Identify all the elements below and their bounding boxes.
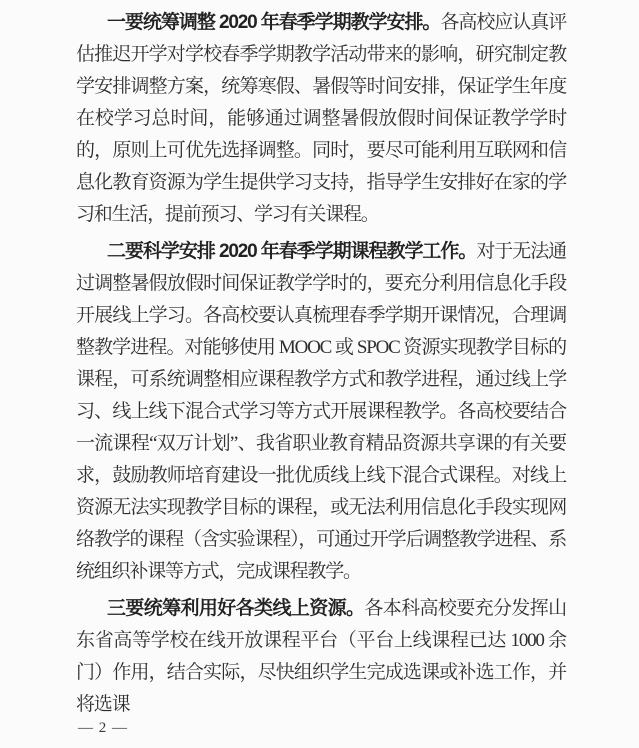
paragraph-3-lead: 三要统筹利用好各类线上资源。 bbox=[107, 598, 364, 619]
document-page: 一要统筹调整 2020 年春季学期教学安排。各高校应认真评估推迟开学对学校春季学… bbox=[0, 0, 639, 748]
page-number: — 2 — bbox=[78, 720, 128, 737]
paragraph-1-body: 各高校应认真评估推迟开学对学校春季学期教学活动带来的影响，研究制定教学安排调整方… bbox=[76, 12, 566, 225]
paragraph-3: 三要统筹利用好各类线上资源。各本科高校要充分发挥山东省高等学校在线开放课程平台（… bbox=[76, 593, 566, 721]
paragraph-2-body: 对于无法通过调整暑假放假时间保证教学学时的，要充分利用信息化手段开展线上学习。各… bbox=[76, 241, 566, 582]
paragraph-1-lead: 一要统筹调整 2020 年春季学期教学安排。 bbox=[107, 12, 440, 33]
paragraph-2: 二要科学安排 2020 年春季学期课程教学工作。对于无法通过调整暑假放假时间保证… bbox=[76, 236, 566, 588]
paragraph-1: 一要统筹调整 2020 年春季学期教学安排。各高校应认真评估推迟开学对学校春季学… bbox=[76, 7, 566, 231]
paragraph-2-lead: 二要科学安排 2020 年春季学期课程教学工作。 bbox=[107, 241, 476, 262]
